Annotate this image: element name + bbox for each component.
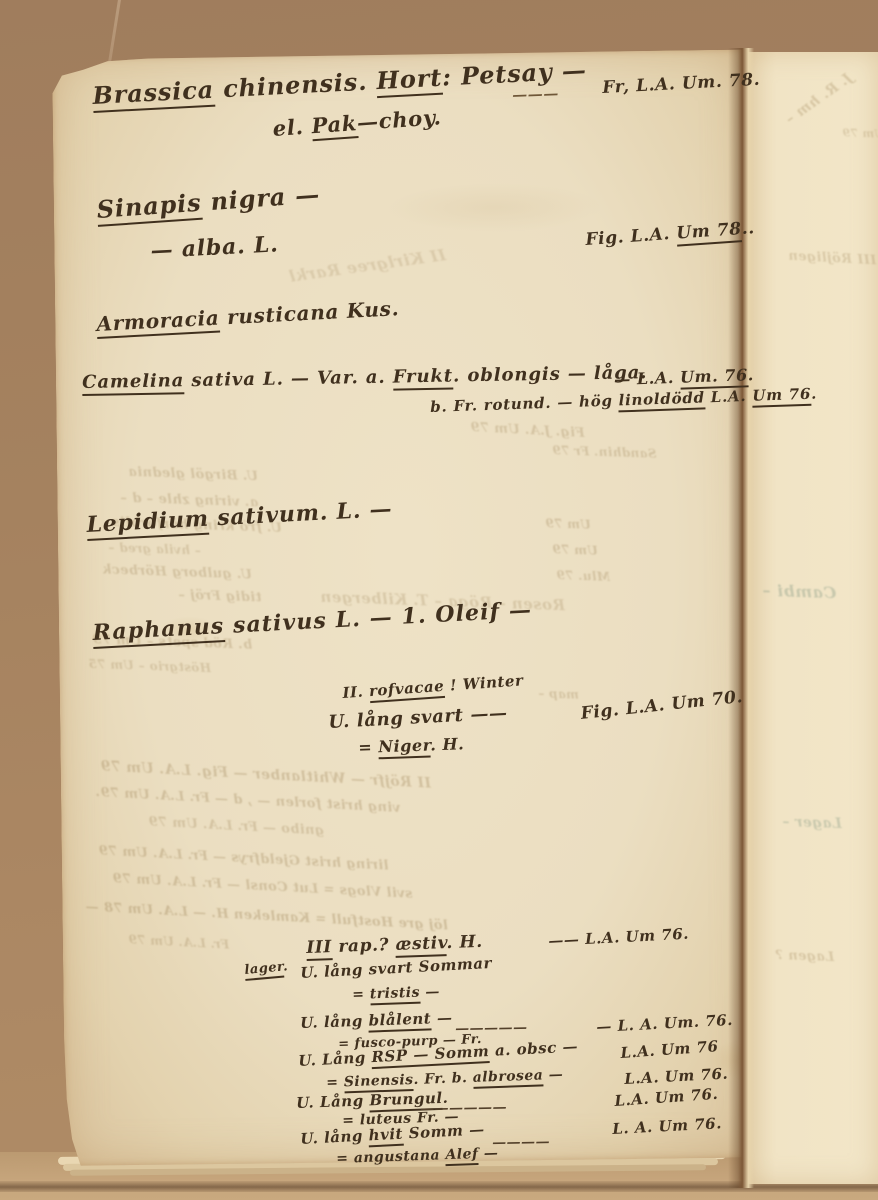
manuscript-right-page: [747, 52, 878, 1184]
paper-stain: [384, 181, 605, 234]
book-gutter-fold: [728, 48, 754, 1188]
manuscript-left-page: [52, 50, 757, 1166]
manuscript-photo: II Kirlgree RarklFig. J.A. Um 79Sandhin.…: [0, 0, 878, 1200]
paper-stain: [159, 616, 219, 643]
